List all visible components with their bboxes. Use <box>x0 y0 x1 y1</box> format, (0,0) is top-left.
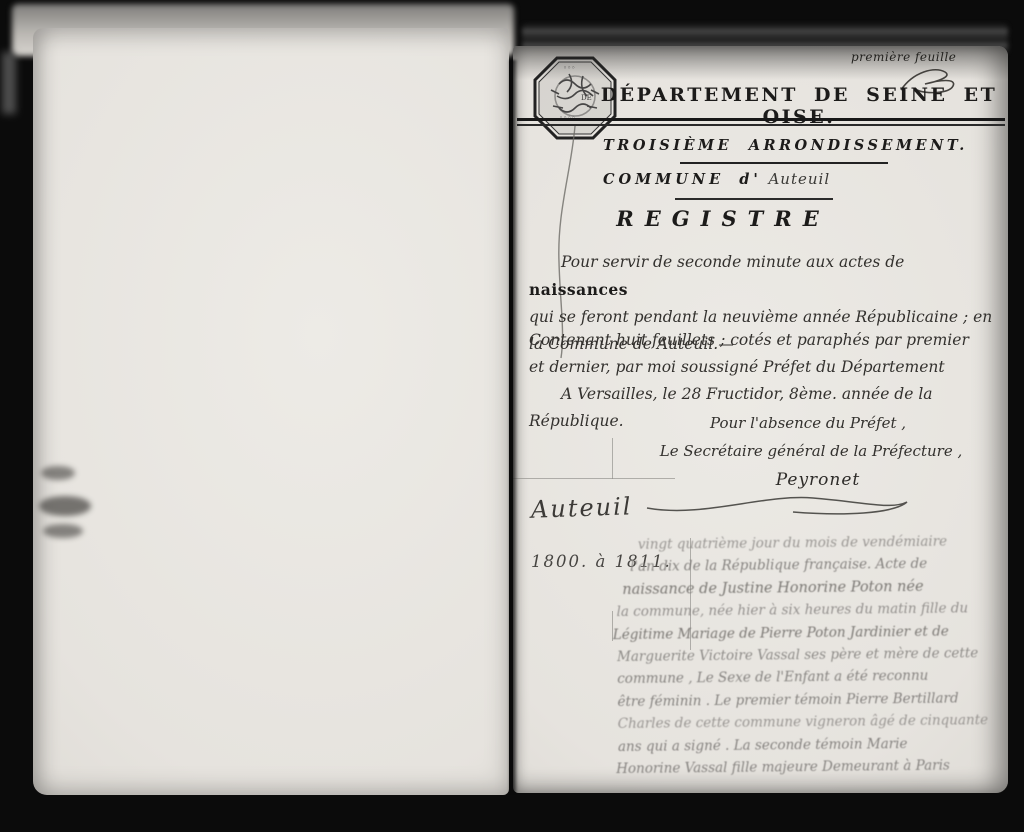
certification-line: Contenant huit feuillets ; cotés et para… <box>529 327 995 354</box>
pencil-line <box>612 438 613 479</box>
act-line: Marguerite Victoire Vassal ses père et m… <box>617 642 1009 669</box>
birth-act-handwriting: vingt quatrième jour du mois de vendémia… <box>616 530 1011 781</box>
underline <box>675 198 833 200</box>
commune-label: COMMUNE d' <box>603 171 762 188</box>
act-line: vingt quatrième jour du mois de vendémia… <box>638 530 1008 556</box>
declaration-line: Pour servir de seconde minute aux actes … <box>529 249 995 304</box>
underline <box>680 162 888 164</box>
svg-text:◦◦◦: ◦◦◦ <box>563 64 575 72</box>
act-line: Honorine Vassal fille majeure Demeurant … <box>616 754 1010 781</box>
arrondissement-title: TROISIÈME ARRONDISSEMENT. <box>603 137 968 154</box>
closing-line-absence: Pour l'absence du Préfet , <box>693 414 923 432</box>
page-edge-smudge <box>39 496 91 516</box>
closing-line-secretary: Le Secrétaire général de la Préfecture , <box>651 442 971 460</box>
register-title: REGISTRE <box>513 206 933 231</box>
side-note-place: Auteuil <box>531 492 633 524</box>
commune-line: COMMUNE d' Auteuil <box>603 170 830 188</box>
page-edge-smudge <box>43 524 83 538</box>
left-blank-page <box>33 28 509 795</box>
act-line: Charles de cette commune vigneron âgé de… <box>618 709 1010 736</box>
film-edge-smudge <box>2 52 16 114</box>
microfilm-scan: DE ◦◦◦◦ ◦◦◦ première feuille DÉPARTEMENT… <box>0 0 1024 832</box>
printed-word: naissances <box>529 280 628 299</box>
pencil-line <box>513 478 675 479</box>
commune-handwritten-value: Auteuil <box>768 170 830 188</box>
book-gutter <box>508 60 518 792</box>
page-edge-smudge <box>41 466 75 480</box>
act-line: la commune, née hier à six heures du mat… <box>616 597 1008 624</box>
register-title-page: DE ◦◦◦◦ ◦◦◦ première feuille DÉPARTEMENT… <box>513 46 1008 793</box>
signature-flourish <box>643 484 913 520</box>
double-rule <box>517 118 1005 126</box>
handwritten-note: première feuille <box>851 50 1001 64</box>
svg-text:DE: DE <box>581 94 592 102</box>
certification-line: et dernier, par moi soussigné Préfet du … <box>529 354 995 381</box>
